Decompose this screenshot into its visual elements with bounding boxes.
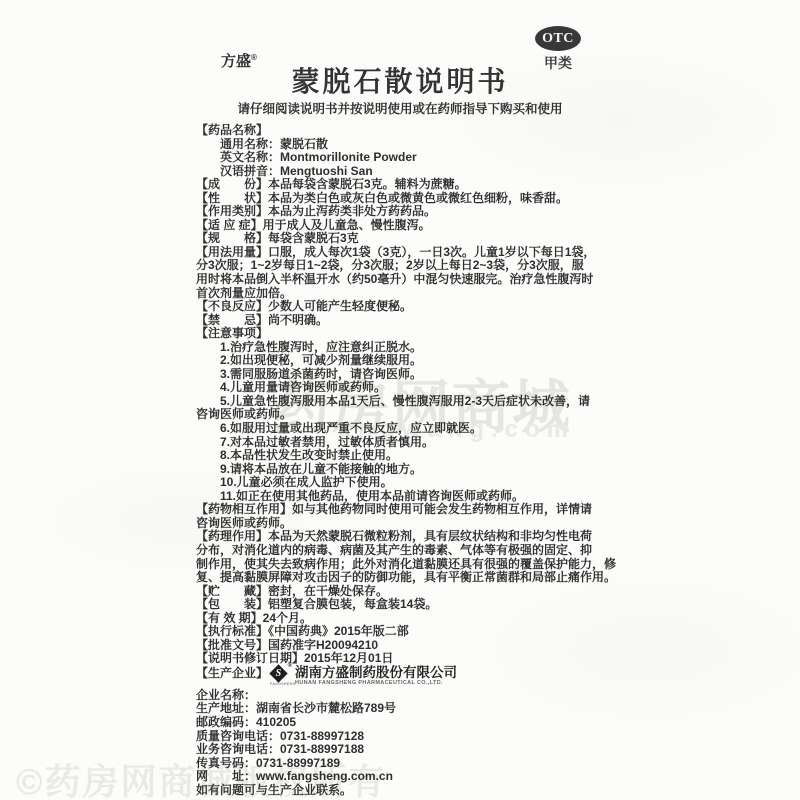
manufacturer-label: 【生产企业】 (196, 666, 268, 680)
doc-line: 10.儿童必须在成人监护下使用。 (196, 476, 626, 490)
doc-line: 【成 份】本品每袋含蒙脱石3克。辅料为蔗糖。 (196, 178, 626, 192)
doc-line: 2.如出现便秘，可减少剂量继续服用。 (196, 354, 626, 368)
doc-line: 【作用类别】本品为止泻药类非处方药药品。 (196, 205, 626, 219)
logo-registered-icon: ® (288, 663, 292, 669)
doc-line: 【药品名称】 (196, 124, 626, 138)
doc-line: 【药理作用】本品为天然蒙脱石微粒粉剂，具有层纹状结构和非均匀性电荷 (196, 530, 626, 544)
company-name-en: HUNAN FANGSHENG PHARMACEUTICAL CO.,LTD. (295, 680, 457, 686)
doc-line: 网 址：www.fangsheng.com.cn (196, 770, 626, 784)
leaflet-page: 药房网商城 angwang.com ©药房网商城版权所有 方盛® OTC 甲类 … (0, 0, 800, 800)
doc-line: 【说明书修订日期】2015年12月01日 (196, 652, 626, 666)
doc-line: 【药物相互作用】如与其他药物同时使用可能会发生药物相互作用，详情请 (196, 503, 626, 517)
doc-line: 【包 装】铝塑复合膜包装，每盒装14袋。 (196, 598, 626, 612)
doc-line: 【规 格】每袋含蒙脱石3克 (196, 232, 626, 246)
doc-line: 英文名称：Montmorillonite Powder (196, 151, 626, 165)
doc-line: 复、提高黏膜屏障对攻击因子的防御功能，具有平衡正常菌群和局部止痛作用。 (196, 571, 626, 585)
fangsheng-logo-icon: S ® FANGSHENG (270, 666, 292, 686)
doc-line: 8.本品性状发生改变时禁止使用。 (196, 449, 626, 463)
diamond-icon: S (269, 664, 287, 682)
doc-line: 用时将本品倒入半杯温开水（约50毫升）中混匀快速服完。治疗急性腹泻时 (196, 273, 626, 287)
doc-line: 分布，对消化道内的病毒、病菌及其产生的毒素、气体等有极强的固定、抑 (196, 544, 626, 558)
page-subtitle: 请仔细阅读说明书并按说明使用或在药师指导下购买和使用 (0, 99, 800, 117)
doc-line: 邮政编码：410205 (196, 716, 626, 730)
lines-bottom: 企业名称：生产地址：湖南省长沙市麓松路789号邮政编码：410205质量咨询电话… (196, 689, 626, 797)
logo-letter: S (276, 668, 282, 678)
doc-line: 业务咨询电话：0731-88997188 (196, 743, 626, 757)
doc-line: 制作用，使其失去致病作用；此外对消化道黏膜还具有很强的覆盖保护能力，修 (196, 558, 626, 572)
doc-line: 4.儿童用量请咨询医师或药师。 (196, 381, 626, 395)
logo-caption: FANGSHENG (270, 682, 296, 686)
doc-line: 【不良反应】少数人可能产生轻度便秘。 (196, 300, 626, 314)
company-name-block: 湖南方盛制药股份有限公司 HUNAN FANGSHENG PHARMACEUTI… (295, 666, 457, 686)
otc-label: OTC (542, 31, 574, 47)
doc-line: 分3次服；1~2岁每日1~2袋，分3次服；2岁以上每日2~3袋，分3次服，服 (196, 259, 626, 273)
lines-top: 【药品名称】通用名称：蒙脱石散英文名称：Montmorillonite Powd… (196, 124, 626, 666)
doc-line: 咨询医师或药师。 (196, 408, 626, 422)
document-body: 【药品名称】通用名称：蒙脱石散英文名称：Montmorillonite Powd… (196, 124, 626, 797)
doc-line: 如有问题可与生产企业联系。 (196, 784, 626, 798)
company-name-cn: 湖南方盛制药股份有限公司 (295, 666, 457, 680)
doc-line: 【注意事项】 (196, 327, 626, 341)
manufacturer-row: 【生产企业】 S ® FANGSHENG 湖南方盛制药股份有限公司 HUNAN … (196, 666, 626, 689)
doc-line: 【执行标准】《中国药典》2015年版二部 (196, 625, 626, 639)
otc-ellipse-icon: OTC (535, 26, 581, 51)
doc-line: 生产地址：湖南省长沙市麓松路789号 (196, 702, 626, 716)
page-title: 蒙脱石散说明书 (0, 60, 800, 100)
doc-line: 6.如服用过量或出现严重不良反应，应立即就医。 (196, 422, 626, 436)
